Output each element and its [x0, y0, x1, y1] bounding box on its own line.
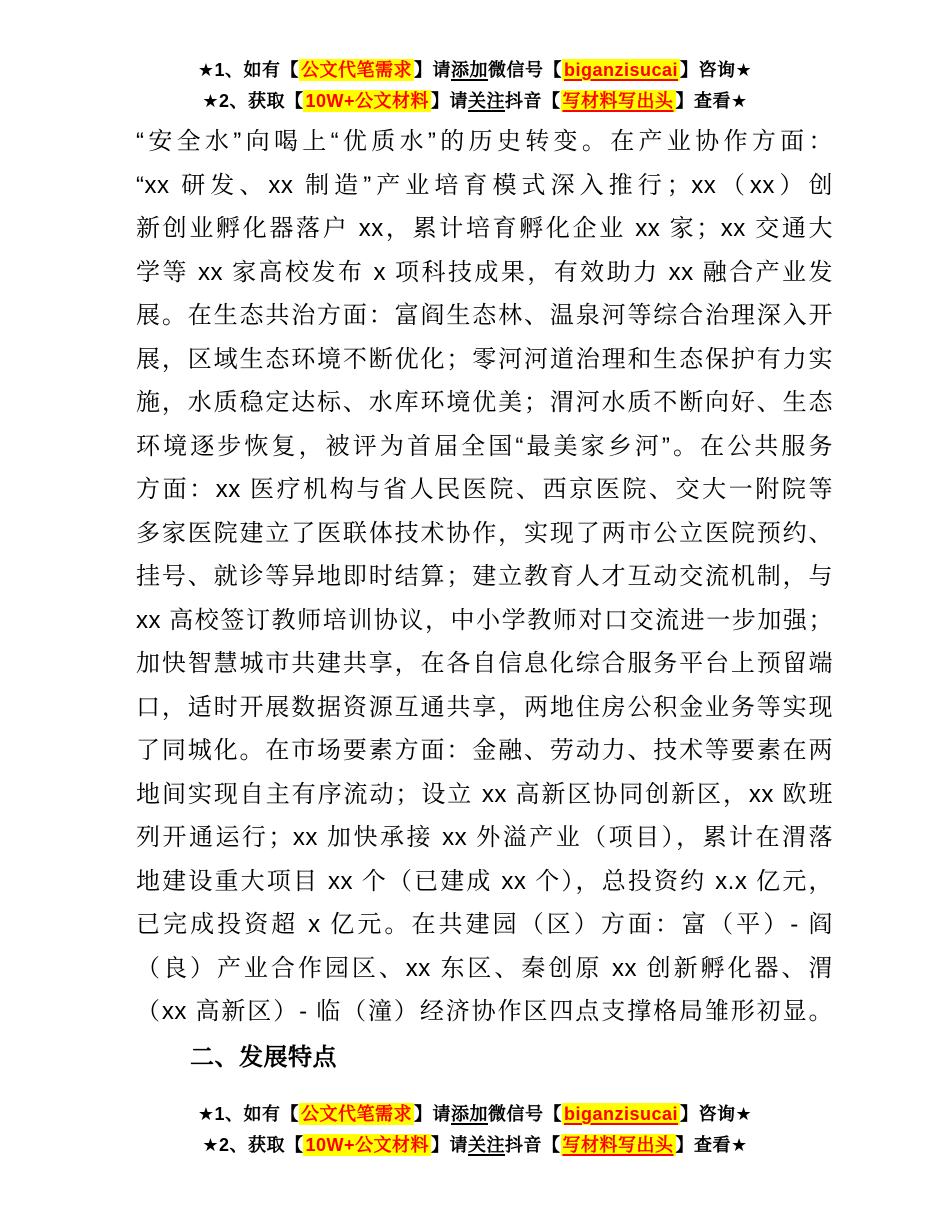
promo-footer-line-1: ★1、如有【公文代笔需求】请添加微信号【biganzisucai】咨询★	[0, 1099, 950, 1130]
promo-douyin-id: 写材料写出头	[561, 1134, 676, 1156]
body-text-line: xx 高校签订教师培训协议，中小学教师对口交流进一步加强；	[136, 599, 833, 643]
promo-text: 】请	[431, 1135, 468, 1155]
promo-highlight-materials: 10W+公文材料	[303, 90, 431, 112]
body-text-line: 学等 xx 家高校发布 x 项科技成果，有效助力 xx 融合产业发	[136, 251, 833, 295]
promo-text: ★1、如有【	[198, 1104, 299, 1124]
promo-wechat-id: biganzisucai	[562, 59, 680, 81]
body-text-line: 已完成投资超 x 亿元。在共建园（区）方面：富（平）- 阎	[136, 903, 833, 947]
promo-text: ★2、获取【	[202, 91, 303, 111]
promo-wechat-id: biganzisucai	[562, 1103, 680, 1125]
promo-header: ★1、如有【公文代笔需求】请添加微信号【biganzisucai】咨询★ ★2、…	[0, 55, 950, 117]
body-text-line: 方面：xx 医疗机构与省人民医院、西京医院、交大一附院等	[136, 468, 833, 512]
body-text-line: 环境逐步恢复，被评为首届全国“最美家乡河”。在公共服务	[136, 425, 833, 469]
body-text-line: 加快智慧城市共建共享，在各自信息化综合服务平台上预留端	[136, 642, 833, 686]
promo-footer-line-2: ★2、获取【10W+公文材料】请关注抖音【写材料写出头】查看★	[0, 1130, 950, 1161]
promo-text: 】查看★	[676, 1135, 748, 1155]
body-text-line: 展，区域生态环境不断优化；零河河道治理和生态保护有力实	[136, 338, 833, 382]
body-text-line: （xx 高新区）- 临（潼）经济协作区四点支撑格局雏形初显。	[136, 990, 833, 1034]
promo-text: 抖音【	[505, 91, 561, 111]
promo-underline-add: 添加	[451, 1104, 488, 1124]
document-page: ★1、如有【公文代笔需求】请添加微信号【biganzisucai】咨询★ ★2、…	[0, 0, 950, 1230]
body-text-line: 挂号、就诊等异地即时结算；建立教育人才互动交流机制，与	[136, 555, 833, 599]
promo-underline-add: 添加	[451, 60, 488, 80]
promo-text: 】咨询★	[680, 60, 752, 80]
promo-underline-follow: 关注	[468, 91, 505, 111]
body-text-line: 多家医院建立了医联体技术协作，实现了两市公立医院预约、	[136, 512, 833, 556]
promo-text: 】请	[414, 1104, 451, 1124]
body-text-line: 施，水质稳定达标、水库环境优美；渭河水质不断向好、生态	[136, 381, 833, 425]
promo-text: 】查看★	[676, 91, 748, 111]
body-text-line: 列开通运行；xx 加快承接 xx 外溢产业（项目），累计在渭落	[136, 816, 833, 860]
body-text-line: 展。在生态共治方面：富阎生态林、温泉河等综合治理深入开	[136, 294, 833, 338]
section-heading: 二、发展特点	[136, 1036, 833, 1080]
body-text-line: 地间实现自主有序流动；设立 xx 高新区协同创新区，xx 欧班	[136, 773, 833, 817]
body-text-line: （良）产业合作园区、xx 东区、秦创原 xx 创新孵化器、渭	[136, 947, 833, 991]
promo-text: 】请	[414, 60, 451, 80]
promo-underline-follow: 关注	[468, 1135, 505, 1155]
body-text-line: 了同城化。在市场要素方面：金融、劳动力、技术等要素在两	[136, 729, 833, 773]
promo-text: 微信号【	[488, 60, 562, 80]
promo-highlight-service: 公文代笔需求	[299, 1103, 414, 1125]
promo-douyin-id: 写材料写出头	[561, 90, 676, 112]
promo-text: ★2、获取【	[202, 1135, 303, 1155]
body-text-line: 新创业孵化器落户 xx，累计培育孵化企业 xx 家；xx 交通大	[136, 207, 833, 251]
body-text-line: “安全水”向喝上“优质水”的历史转变。在产业协作方面：	[136, 120, 833, 164]
document-body: “安全水”向喝上“优质水”的历史转变。在产业协作方面： “xx 研发、xx 制造…	[136, 120, 833, 1079]
promo-header-line-1: ★1、如有【公文代笔需求】请添加微信号【biganzisucai】咨询★	[0, 55, 950, 86]
promo-footer: ★1、如有【公文代笔需求】请添加微信号【biganzisucai】咨询★ ★2、…	[0, 1099, 950, 1161]
promo-text: 抖音【	[505, 1135, 561, 1155]
body-text-line: “xx 研发、xx 制造”产业培育模式深入推行；xx（xx）创	[136, 164, 833, 208]
promo-text: ★1、如有【	[198, 60, 299, 80]
promo-header-line-2: ★2、获取【10W+公文材料】请关注抖音【写材料写出头】查看★	[0, 86, 950, 117]
promo-highlight-service: 公文代笔需求	[299, 59, 414, 81]
body-text-line: 口，适时开展数据资源互通共享，两地住房公积金业务等实现	[136, 686, 833, 730]
promo-text: 微信号【	[488, 1104, 562, 1124]
promo-text: 】咨询★	[680, 1104, 752, 1124]
promo-text: 】请	[431, 91, 468, 111]
body-text-line: 地建设重大项目 xx 个（已建成 xx 个），总投资约 x.x 亿元，	[136, 860, 833, 904]
promo-highlight-materials: 10W+公文材料	[303, 1134, 431, 1156]
